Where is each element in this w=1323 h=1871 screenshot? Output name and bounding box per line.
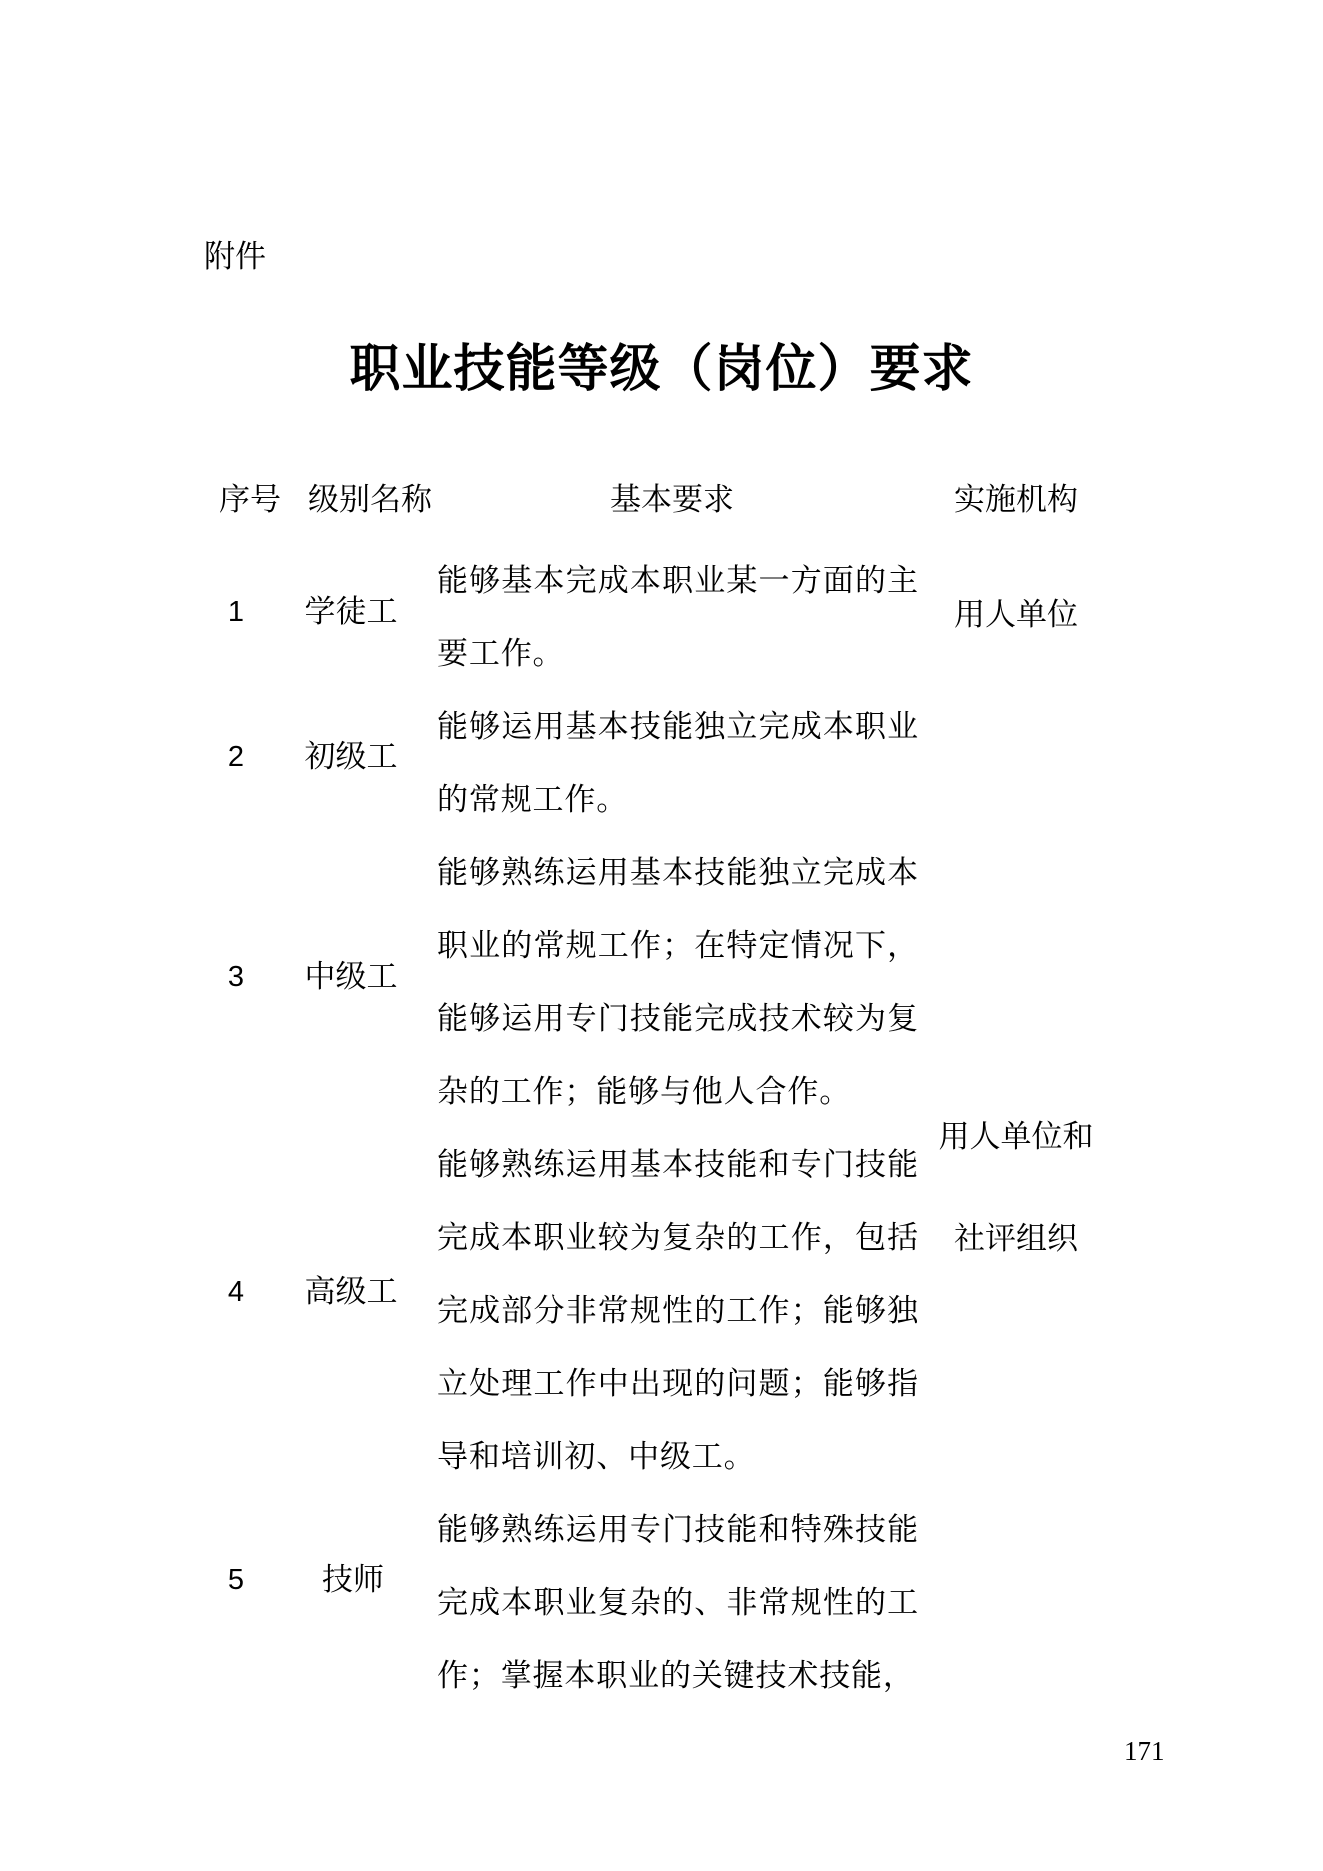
document-page: 附件 职业技能等级（岗位）要求 序号 级别名称 基本要求 实施机构 1 学徒工 … [0,0,1323,1871]
table-row-requirement: 能够基本完成本职业某一方面的主要工作。 [437,544,919,690]
table-row-requirement: 能够熟练运用基本技能独立完成本职业的常规工作；在特定情况下，能够运用专门技能完成… [437,836,919,1128]
table-row-level: 高级工 [305,1274,398,1310]
column-header-requirement: 基本要求 [610,482,734,518]
table-row-no: 4 [228,1274,244,1310]
table-row-requirement: 能够熟练运用基本技能和专门技能完成本职业较为复杂的工作，包括完成部分非常规性的工… [437,1128,919,1493]
table-row-level: 中级工 [305,959,398,995]
table-row-no: 3 [228,959,244,995]
column-header-level: 级别名称 [308,482,432,518]
page-number: 171 [1124,1736,1165,1766]
table-row-level: 学徒工 [305,594,398,630]
page-title: 职业技能等级（岗位）要求 [0,342,1323,398]
attachment-label: 附件 [204,240,266,273]
table-row-level: 初级工 [305,739,398,775]
table-row-no: 5 [228,1562,244,1598]
table-row-level: 技师 [322,1562,384,1598]
agency-cell-rows-3-5: 用人单位和社评组织 [928,1086,1104,1290]
column-header-agency: 实施机构 [954,482,1078,518]
table-row-requirement: 能够运用基本技能独立完成本职业的常规工作。 [437,690,919,836]
table-row-no: 1 [228,594,244,630]
table-row-requirement: 能够熟练运用专门技能和特殊技能完成本职业复杂的、非常规性的工作；掌握本职业的关键… [437,1493,919,1712]
column-header-no: 序号 [219,482,281,518]
table-row-no: 2 [228,739,244,775]
agency-cell-rows-1-2: 用人单位 [954,597,1078,633]
